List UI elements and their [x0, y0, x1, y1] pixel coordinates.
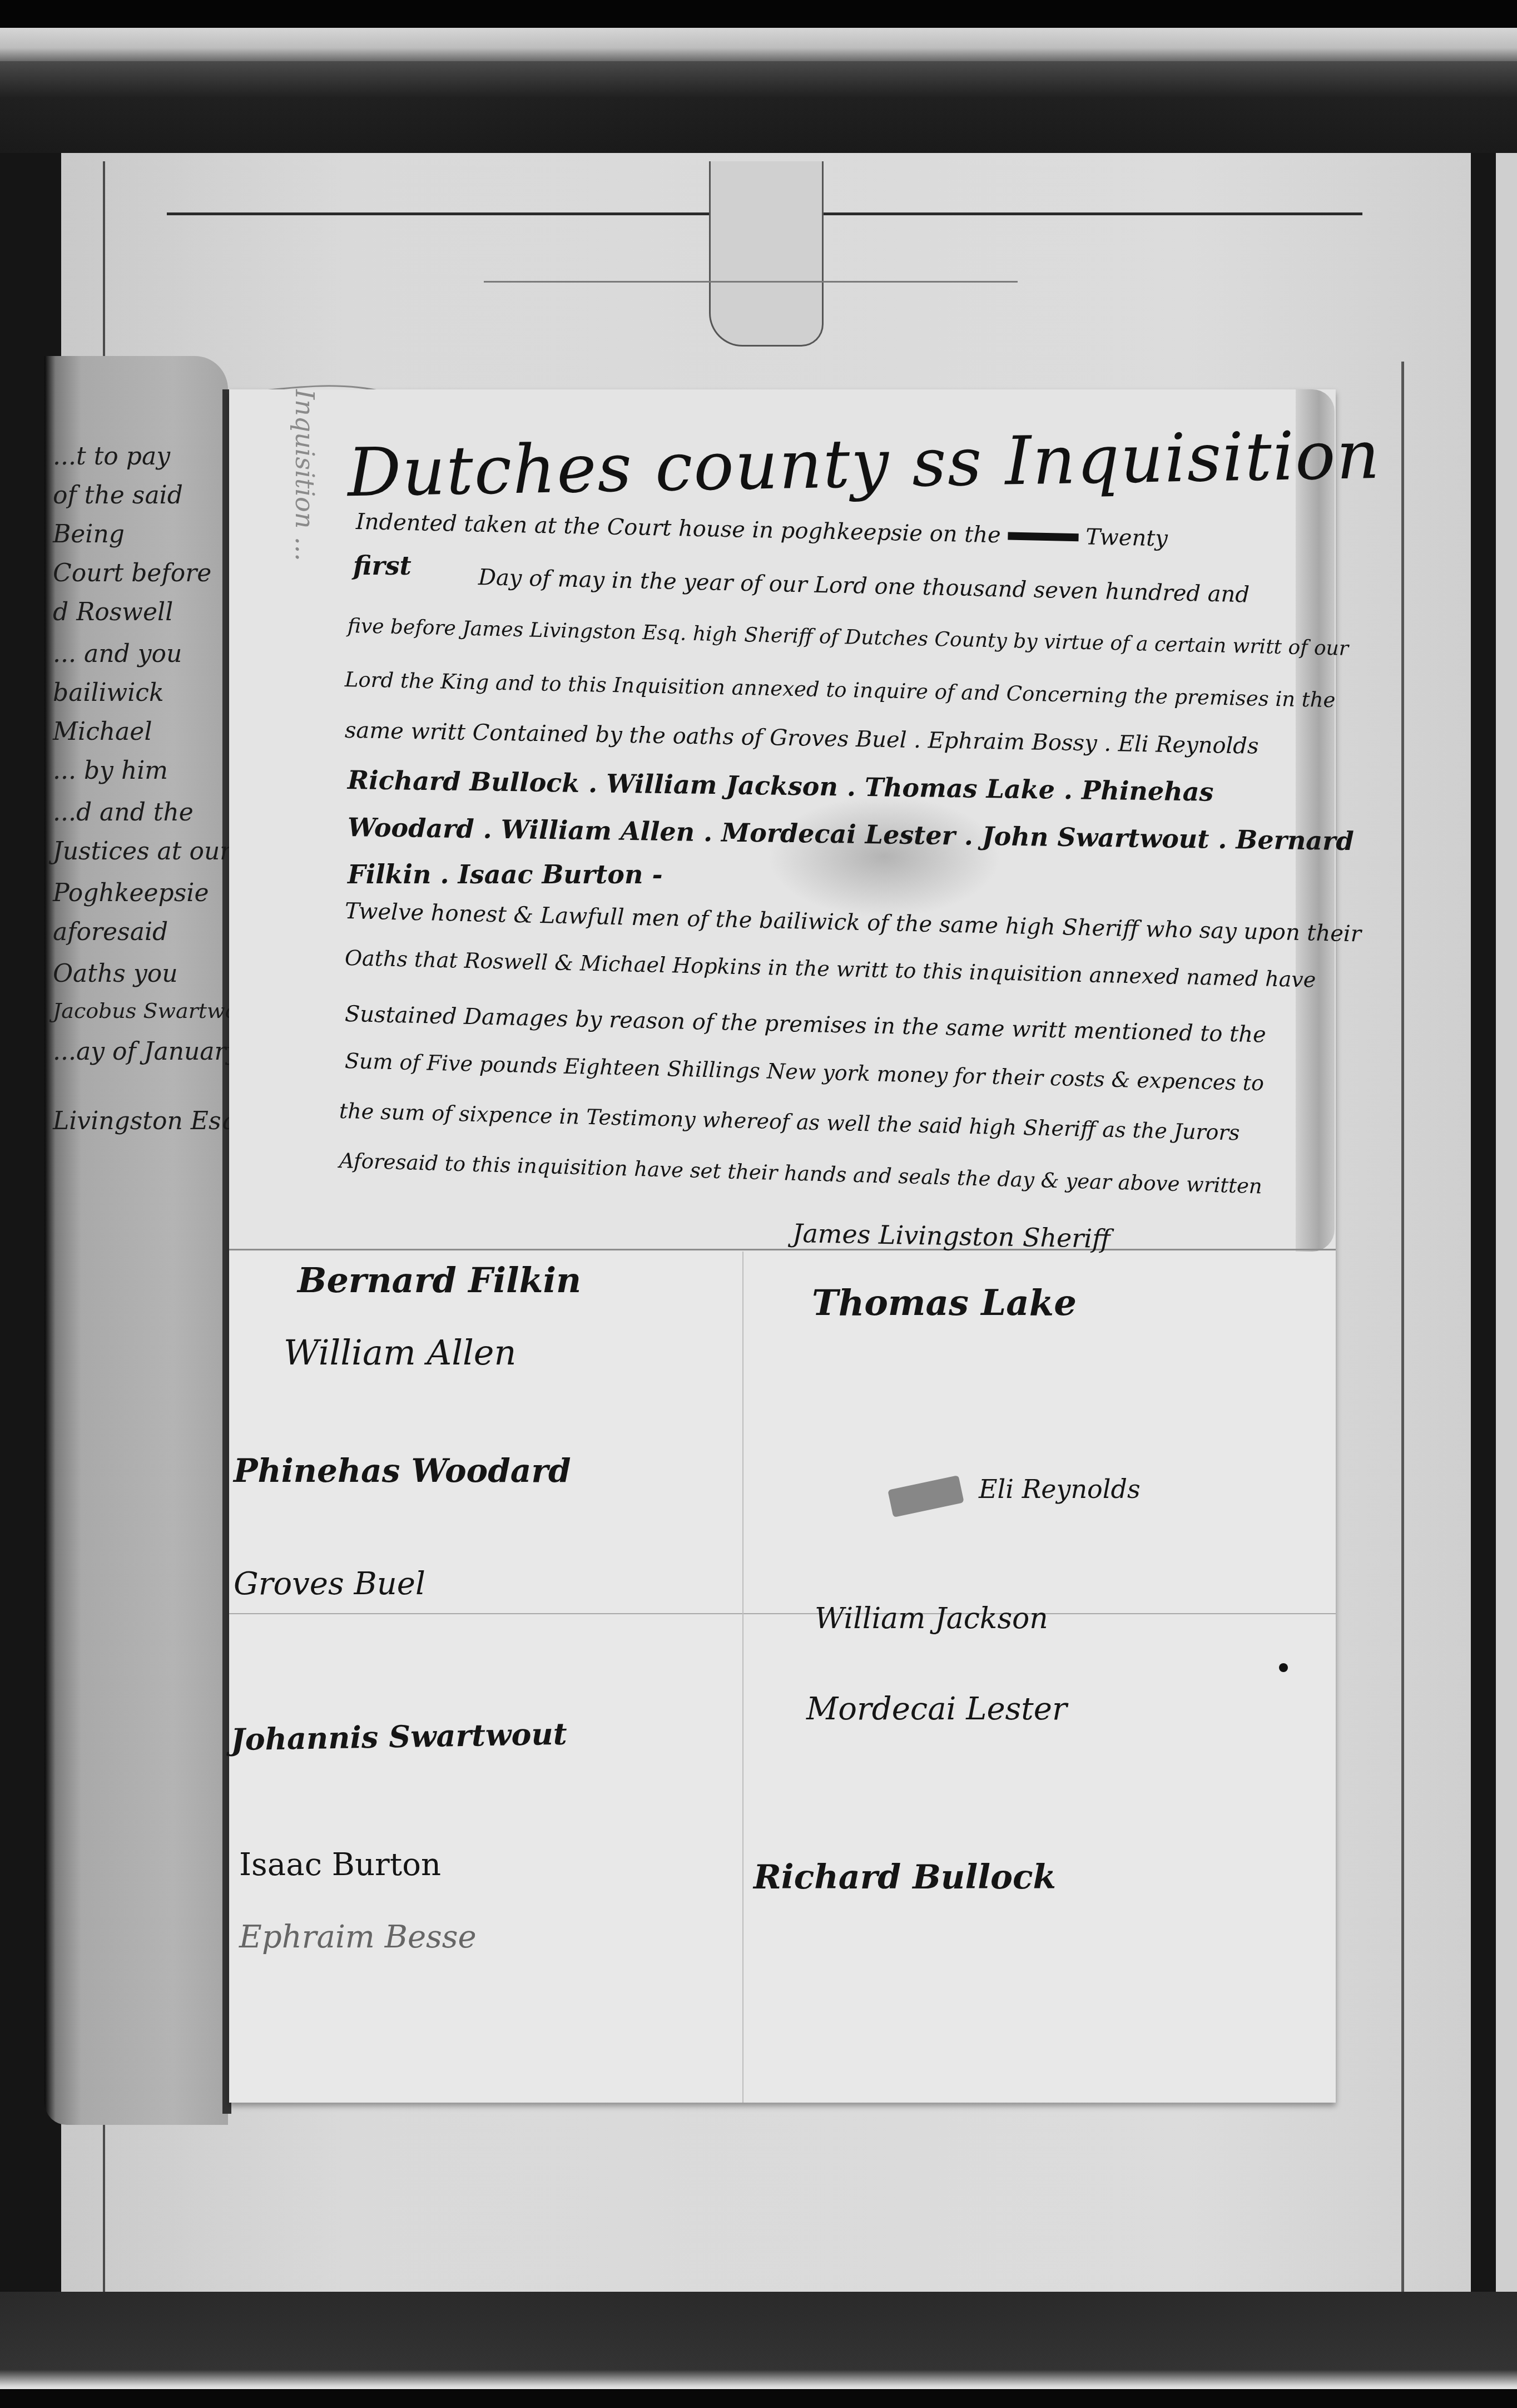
juror-signature: Phinehas Woodard — [234, 1452, 571, 1490]
film-border-bottom — [0, 2389, 1517, 2408]
left-page-text: ...d and the — [53, 798, 194, 827]
juror-signature: Johannis Swartwout — [230, 1716, 567, 1758]
sheet-curl-shadow — [1296, 389, 1335, 1252]
film-dark-band-top — [0, 61, 1517, 153]
body-line: first — [353, 551, 412, 581]
juror-signature: Groves Buel — [234, 1566, 425, 1602]
juror-signature: Bernard Filkin — [298, 1260, 581, 1301]
left-page-text: Oaths you — [53, 960, 178, 988]
left-page-text: ...t to pay — [53, 442, 170, 471]
left-page-text: Justices at our — [53, 837, 231, 866]
water-stain — [767, 795, 1001, 918]
left-page-text: bailiwick — [53, 679, 164, 707]
juror-signature: William Allen — [284, 1332, 516, 1373]
fold-line — [229, 1613, 1336, 1614]
sheriff-signature: James Livingston Sheriff — [792, 1218, 1111, 1254]
left-page-text: Being — [53, 520, 125, 548]
juror-signature: William Jackson — [815, 1602, 1048, 1635]
left-page-text: ... by him — [53, 756, 168, 785]
juror-signature: Mordecai Lester — [806, 1691, 1067, 1727]
juror-signature: Richard Bullock — [753, 1858, 1056, 1897]
fold-line-vertical — [742, 1252, 743, 2103]
board-faint-line — [484, 281, 1018, 283]
left-page-text: ...ay of January — [53, 1037, 240, 1066]
juror-signature: Isaac Burton — [239, 1847, 441, 1883]
juror-signature: Eli Reynolds — [979, 1474, 1141, 1504]
ink-dot — [1279, 1663, 1288, 1672]
juror-signature: Ephraim Besse — [239, 1919, 477, 1955]
left-page-text: Poghkeepsie — [53, 879, 209, 907]
adjacent-frame-edge — [1496, 153, 1517, 2292]
left-page-text: of the said — [53, 481, 183, 510]
board-right-line — [1401, 362, 1404, 2292]
margin-docket-note: Inquisition ... — [281, 389, 320, 656]
board-paper-tab — [709, 161, 824, 347]
left-page-text: ... and you — [53, 640, 182, 668]
juror-signature: Thomas Lake — [812, 1282, 1077, 1324]
left-page-text: Court before — [53, 559, 211, 587]
body-line: Filkin . Isaac Burton - — [348, 859, 663, 889]
left-page-text: Livingston Esq — [53, 1107, 237, 1135]
left-page-text: Michael — [53, 718, 152, 746]
film-dark-band-bottom — [0, 2292, 1517, 2389]
film-border-right — [1471, 153, 1496, 2292]
film-border-top — [0, 0, 1517, 28]
struck-out-word — [1008, 523, 1079, 550]
left-page-text: aforesaid — [53, 918, 168, 946]
signature-panel — [229, 1252, 1336, 2103]
left-page-text: d Roswell — [53, 598, 173, 626]
film-light-band — [0, 28, 1517, 61]
fold-line — [229, 1249, 1336, 1250]
